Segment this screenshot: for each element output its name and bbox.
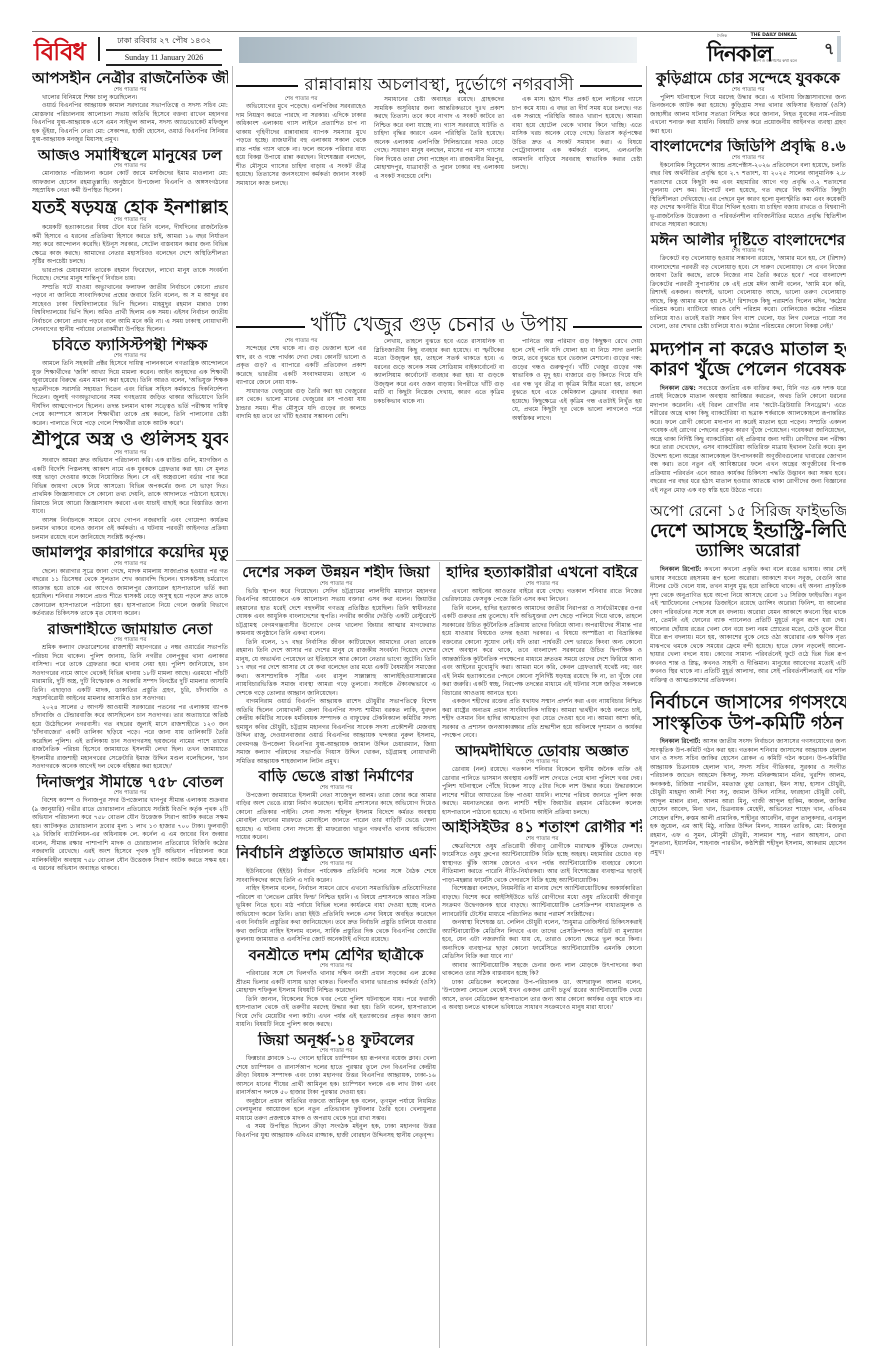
logo-slogan: দেশ ও জনগণের কথা বলে bbox=[755, 58, 797, 65]
article-headline: আদমদীঘিতে ডোবায় অজ্ঞাত bbox=[442, 743, 642, 760]
byline: দিনকাল ডেস্ক: bbox=[660, 385, 696, 392]
continued-label: শেষ পাতার পর bbox=[236, 96, 366, 103]
article-headline: আপসহীন নেত্রীর রাজনৈতিক জীবন bbox=[32, 70, 228, 87]
center-gur-article: শেষ পাতার পরসন্দেহের শেষ থাকে না। গুড় ভ… bbox=[236, 338, 642, 556]
news-article: চবিতে ফ্যাসিস্টপন্থী শিক্ষকশেষ পাতার পরআ… bbox=[32, 337, 228, 429]
article-column: পানিতে অল্প পরিমাণ গুড় কিছুক্ষণ রেখে দে… bbox=[512, 338, 642, 556]
article-paragraph: ডোবায় (নল) রয়েছে। গতকাল শনিবার বিকেলে … bbox=[442, 766, 642, 817]
masthead-divider bbox=[98, 37, 100, 61]
column-divider bbox=[439, 562, 440, 1348]
continued-label: শেষ পাতার পর bbox=[650, 87, 846, 94]
article-headline: দিনাজপুর সীমান্তে ৭৫৮ বোতল bbox=[32, 774, 228, 791]
article-paragraph: নাহিদ ইসলাম বলেন, নির্বাচন সামনে রেখে এখ… bbox=[236, 885, 436, 945]
news-article: বনশ্রীতে দশম শ্রেণির ছাত্রীকেশেষ পাতার প… bbox=[236, 947, 436, 1030]
news-article: জামালপুর কারাগারে কয়েদির মৃত্যুশেষ পাতা… bbox=[32, 544, 228, 619]
feature-headline-line2: কারণ খুঁজে পেলেন গবেষকরা bbox=[650, 360, 846, 381]
article-paragraph: তিনি বলেন, ১৭ বছর নির্বাসিত জীবন কাটিয়ে… bbox=[236, 639, 436, 699]
masthead-date: ঢাকা রবিবার ২৭ পৌষ ১৪৩২ Sunday 11 Januar… bbox=[106, 35, 222, 66]
news-article: নির্বাচনি প্রস্তুতিতে জামায়াত এনসিপিশেষ… bbox=[236, 845, 436, 945]
article-paragraph: তিনি জানান, বিকেলের দিকে খবর পেয়ে পুলিশ… bbox=[236, 996, 436, 1030]
feature-body: দিনকাল রিপোর্ট: আসন্ন জাতীয় সংসদ নির্বা… bbox=[650, 738, 846, 857]
continued-label: শেষ পাতার পর bbox=[32, 87, 228, 94]
article-paragraph: ছেলে। কারাগার সূত্রে জানা গেছে, মাদক মাম… bbox=[32, 568, 228, 619]
date-english: Sunday 11 January 2026 bbox=[106, 51, 222, 66]
feature-article: মদ্যপান না করেও মাতাল হওয়ারকারণ খুঁজে প… bbox=[650, 340, 846, 496]
news-article: বাড়ি ভেঙে রাস্তা নির্মাণেরশেষ পাতার পরউ… bbox=[236, 768, 436, 843]
article-headline: চবিতে ফ্যাসিস্টপন্থী শিক্ষক bbox=[32, 337, 228, 354]
page-masthead: বিবিধ ঢাকা রবিবার ২৭ পৌষ ১৪৩২ Sunday 11 … bbox=[32, 31, 840, 64]
article-paragraph: খালোর বিনিময়ে শিক্ষা চালু করেছিলেন। bbox=[32, 94, 228, 103]
masthead-gradient-bar bbox=[239, 37, 637, 63]
feature-article: অপো রেনো ১৫ সিরিজ ফাইভজিদেশে আসছে ইন্ডাস… bbox=[650, 503, 846, 685]
feature-body: দিনকাল রিপোর্ট: কখনো কখনো প্রকৃতি কথা বল… bbox=[650, 566, 846, 685]
news-article: হাদির হত্যাকারীরা এখনো বাইরেশেষ পাতার পর… bbox=[442, 564, 642, 741]
article-paragraph: লেখায়, তাহলে বুঝতে হবে এতে রাসায়নিক বা… bbox=[374, 338, 504, 406]
section-divider bbox=[236, 560, 642, 561]
article-headline: জিয়া অনূর্ধ্ব-১৪ ফুটবলের bbox=[236, 1032, 436, 1049]
newspaper-logo: দৈনিক THE DAILY DINKAL দিনকাল দেশ ও জনগণ… bbox=[707, 33, 817, 65]
feature-headline-line1: নির্বাচনে জাসাসের গণসংযোগ bbox=[650, 693, 846, 714]
article-column: লেখায়, তাহলে বুঝতে হবে এতে রাসায়নিক বা… bbox=[374, 338, 504, 556]
news-article: দেশের সকল উন্নয়ন শহীদ জিয়াশেষ পাতার পর… bbox=[236, 564, 436, 766]
article-paragraph: সন্দেহের শেষ থাকে না। গুড় ভেজাল হলে এর … bbox=[236, 345, 366, 388]
article-paragraph: বিশেষজ্ঞরা বলছেন, নিয়মনীতি না মানায় দে… bbox=[442, 885, 642, 919]
article-headline: দেশের সকল উন্নয়ন শহীদ জিয়া bbox=[236, 564, 436, 581]
news-article: রাজশাহীতে জামায়াত নেতাশেষ পাতার পরশ্রমি… bbox=[32, 621, 228, 772]
article-headline: কুড়িগ্রামে চোর সন্দেহে যুবককে bbox=[650, 70, 846, 87]
continued-label: শেষ পাতার পর bbox=[650, 155, 846, 162]
news-article: জিয়া অনূর্ধ্ব-১৪ ফুটবলেরশেষ পাতার পরফিক… bbox=[236, 1032, 436, 1141]
article-headline: আইসিইউর ৪১ শতাংশ রোগীর শরীরে bbox=[442, 819, 642, 836]
article-paragraph: ঢাকা মেডিকেল কলেজের উপ-পরিচালক ডা. আশরাফ… bbox=[442, 979, 642, 1013]
continued-label: শেষ পাতার পর bbox=[442, 581, 642, 588]
article-paragraph: একজন শহীদের রক্তের প্রতি যথাযথ সম্মান প্… bbox=[442, 698, 642, 741]
article-paragraph: কয়েকটি হত্যাকাণ্ডের বিষয় টেনে ধরে তিনি… bbox=[32, 224, 228, 267]
continued-label: শেষ পাতার পর bbox=[442, 759, 642, 766]
center-top-article: শেষ পাতার পরঅভিযোগের মুখে পড়েছে। এলপিজি… bbox=[236, 96, 642, 304]
continued-label: শেষ পাতার পর bbox=[236, 338, 366, 345]
article-column: সমাধানের চেষ্টা অব্যাহত রয়েছে। গ্রাহকদে… bbox=[374, 96, 504, 304]
article-paragraph: ক্রিকেটে বড় খেলোয়াড় হওয়ার সম্ভাবনা র… bbox=[650, 255, 846, 332]
article-paragraph: ২০২৪ সালের ৫ আগস্ট আওয়ামী সরকারের পতনের… bbox=[32, 704, 228, 772]
center-right-column: হাদির হত্যাকারীরা এখনো বাইরেশেষ পাতার পর… bbox=[442, 562, 642, 1348]
article-paragraph: এখনো আইনের আওতার বাইরে রয়ে গেছে। গতকাল … bbox=[442, 588, 642, 605]
news-article: আদমদীঘিতে ডোবায় অজ্ঞাতশেষ পাতার পরডোবায… bbox=[442, 743, 642, 818]
article-paragraph: এক মাস। হঠাৎ শীত প্রকট হলে লাইনের গ্যাসে… bbox=[512, 96, 642, 173]
continued-label: শেষ পাতার পর bbox=[236, 861, 436, 868]
article-paragraph: পুলিশ ঘটনাস্থলে গিয়ে মরদেহ উদ্ধার করে। … bbox=[650, 94, 846, 137]
headline-rule-left bbox=[236, 85, 298, 87]
article-paragraph: উপজেলা জামায়াতে ইসলামী নেতা সাজেদুল আলম… bbox=[236, 792, 436, 843]
news-article: আজও সমাধিস্থলে মানুষের ঢলশেষ পাতার পরমোন… bbox=[32, 147, 228, 196]
byline: দিনকাল রিপোর্ট: bbox=[660, 566, 701, 573]
news-article: দিনাজপুর সীমান্তে ৭৫৮ বোতলশেষ পাতার পরবি… bbox=[32, 774, 228, 874]
article-column: শেষ পাতার পরঅভিযোগের মুখে পড়েছে। এলপিজি… bbox=[236, 96, 366, 304]
article-paragraph: সম্প্রতি ঘটে যাওয়া অভ্যুত্থানের ফলাফল জ… bbox=[32, 284, 228, 335]
article-paragraph: আবার অ্যান্টিবায়োটিক সহজে চেনার জন্য লা… bbox=[442, 962, 642, 979]
article-paragraph: মোনাজাত পরিচালনা করেন কোর্ট জামে মসজিদের… bbox=[32, 170, 228, 196]
article-paragraph: সমাধানের চেষ্টা অব্যাহত রয়েছে। গ্রাহকদে… bbox=[374, 96, 504, 181]
article-paragraph: আসন্ন নির্বাচনকে সামনে রেখে গোপন নজরদারি… bbox=[32, 517, 228, 543]
article-paragraph: ওয়ার্ড বিএনপির আহ্বায়ক কামাল সরদারের স… bbox=[32, 102, 228, 145]
article-paragraph: অনুষ্ঠানে প্রধান অতিথির বক্তব্যে আমিনুল … bbox=[236, 1098, 436, 1124]
headline-rule-left bbox=[236, 326, 305, 328]
continued-label: শেষ পাতার পর bbox=[236, 963, 436, 970]
article-headline: বাংলাদেশের জিডিপি প্রবৃদ্ধি ৪.৬ bbox=[650, 138, 846, 155]
article-paragraph: জনস্বাস্থ্য বিশেষজ্ঞ ডা. লেলিন চৌধুরী বল… bbox=[442, 919, 642, 962]
feature-headline-line1: মদ্যপান না করেও মাতাল হওয়ার bbox=[650, 340, 846, 361]
article-headline: আজও সমাধিস্থলে মানুষের ঢল bbox=[32, 147, 228, 164]
article-paragraph: শ্রমিক কল্যাণ ফেডারেশনের রাজশাহী মহানগরে… bbox=[32, 644, 228, 704]
article-paragraph: এ সময় উপস্থিত ছিলেন ক্রীড়া সংগঠক মইনুল… bbox=[236, 1123, 436, 1140]
continued-label: শেষ পাতার পর bbox=[32, 561, 228, 568]
continued-label: শেষ পাতার পর bbox=[236, 785, 436, 792]
article-paragraph: ইউনিয়নের (ইইউ) নির্বাচন পর্যবেক্ষক প্রত… bbox=[236, 868, 436, 885]
article-paragraph: ভিত্তি স্থাপন করে গিয়েছেন। সেদিন চট্টগ্… bbox=[236, 588, 436, 639]
news-article: কুড়িগ্রামে চোর সন্দেহে যুবককেশেষ পাতার … bbox=[650, 70, 846, 136]
continued-label: শেষ পাতার পর bbox=[650, 248, 846, 255]
article-paragraph: বিশেষ ক্যাম্প ও দিনাজপুর সদর উপজেলার খান… bbox=[32, 797, 228, 874]
article-paragraph: সাধারণত খেজুরের গুড় তৈরি করা হয় খেজুরে… bbox=[236, 388, 366, 422]
news-article: আইসিইউর ৪১ শতাংশ রোগীর শরীরেশেষ পাতার পর… bbox=[442, 819, 642, 1013]
continued-label: শেষ পাতার পর bbox=[442, 836, 642, 843]
article-headline: যতই ষড়যন্ত্র হোক ইনশাল্লাহ দেশে bbox=[32, 198, 228, 218]
article-headline: হাদির হত্যাকারীরা এখনো বাইরে bbox=[442, 564, 642, 581]
article-headline: বাড়ি ভেঙে রাস্তা নির্মাণের bbox=[236, 768, 436, 785]
feature-article: নির্বাচনে জাসাসের গণসংযোগসাংস্কৃতিক উপ-ক… bbox=[650, 693, 846, 857]
article-paragraph: ইকনোমিক সিচুয়েশন অ্যান্ড প্রসপেক্টাস-২০… bbox=[650, 162, 846, 230]
article-paragraph: অভিযোগের মুখে পড়েছে। এলপিজির সরবরাহেও দ… bbox=[236, 103, 366, 188]
article-column: শেষ পাতার পরসন্দেহের শেষ থাকে না। গুড় ভ… bbox=[236, 338, 366, 556]
article-paragraph: আমলে তিনি সহকারী প্রক্টর হিসেবে দায়িত্ব… bbox=[32, 360, 228, 428]
masthead-end-bar bbox=[837, 36, 841, 62]
date-bangla: ঢাকা রবিবার ২৭ পৌষ ১৪৩২ bbox=[106, 35, 222, 51]
article-headline: নির্বাচনি প্রস্তুতিতে জামায়াত এনসিপি bbox=[236, 845, 436, 862]
article-column: এক মাস। হঠাৎ শীত প্রকট হলে লাইনের গ্যাসে… bbox=[512, 96, 642, 304]
feature-body: দিনকাল ডেস্ক: সবচেয়ে জনপ্রিয় এক ব্যক্ত… bbox=[650, 385, 846, 496]
article-headline: জামালপুর কারাগারে কয়েদির মৃত্যু bbox=[32, 544, 228, 561]
article-headline: বনশ্রীতে দশম শ্রেণির ছাত্রীকে bbox=[236, 947, 436, 964]
left-column: আপসহীন নেত্রীর রাজনৈতিক জীবনশেষ পাতার পর… bbox=[32, 68, 228, 1348]
byline: দিনকাল রিপোর্ট: bbox=[660, 738, 701, 745]
news-article: বাংলাদেশের জিডিপি প্রবৃদ্ধি ৪.৬শেষ পাতার… bbox=[650, 138, 846, 230]
headline-rule-right bbox=[580, 85, 642, 87]
article-paragraph: ক্ষেত্রবিশেষে ওষুধ প্রতিরোধী জীবাণু রোগী… bbox=[442, 843, 642, 886]
feature-kicker: অপো রেনো ১৫ সিরিজ ফাইভজি bbox=[650, 503, 846, 520]
article-paragraph: বাগমনিরাম ওয়ার্ড বিএনপি আহ্বায়ক রাশেদ … bbox=[236, 698, 436, 766]
article-headline: মঈন আলীর দৃষ্টিতে বাংলাদেশের bbox=[650, 232, 846, 249]
page-number: ৭ bbox=[824, 36, 834, 63]
article-paragraph: পানিতে অল্প পরিমাণ গুড় কিছুক্ষণ রেখে দে… bbox=[512, 338, 642, 423]
article-paragraph: ফিক্সচার ক্লাবকে ১-০ গোলে হারিয়ে চ্যাম্… bbox=[236, 1055, 436, 1098]
news-article: আপসহীন নেত্রীর রাজনৈতিক জীবনশেষ পাতার পর… bbox=[32, 70, 228, 145]
article-paragraph: পরিবারের সঙ্গে সে খিলগাঁও থানার দক্ষিণ ব… bbox=[236, 970, 436, 996]
article-paragraph: সংবাদে আমরা দ্রুত অভিযান পরিচালনা করি। এ… bbox=[32, 457, 228, 517]
feature-headline-line2: ড্যান্সিং অরোরা bbox=[650, 542, 846, 562]
right-column: কুড়িগ্রামে চোর সন্দেহে যুবককেশেষ পাতার … bbox=[650, 68, 846, 1348]
continued-label: শেষ পাতার পর bbox=[236, 581, 436, 588]
feature-headline-line1: দেশে আসছে ইন্ডাস্ট্রি-লিডিং bbox=[650, 521, 846, 543]
article-paragraph: ভারপ্রাপ্ত চেয়ারম্যান তারেক রহমান ফিরেছ… bbox=[32, 267, 228, 284]
feature-headline-line2: সাংস্কৃতিক উপ-কমিটি গঠন bbox=[650, 714, 846, 735]
column-divider bbox=[232, 66, 233, 1346]
article-headline: শ্রীপুরে অস্ত্র ও গুলিসহ যুবক গ্রেফতার bbox=[32, 430, 228, 450]
article-paragraph: তিনি বলেন, হাদির হত্যাকাণ্ড আমাদের জাতীয… bbox=[442, 605, 642, 699]
news-article: শ্রীপুরে অস্ত্র ও গুলিসহ যুবক গ্রেফতারশে… bbox=[32, 430, 228, 542]
headline-rule-right bbox=[573, 326, 642, 328]
article-headline: রাজশাহীতে জামায়াত নেতা bbox=[32, 621, 228, 638]
news-article: যতই ষড়যন্ত্র হোক ইনশাল্লাহ দেশেশেষ পাতা… bbox=[32, 198, 228, 335]
center-left-column: দেশের সকল উন্নয়ন শহীদ জিয়াশেষ পাতার পর… bbox=[236, 562, 436, 1348]
column-divider bbox=[646, 66, 647, 1346]
news-article: মঈন আলীর দৃষ্টিতে বাংলাদেশেরশেষ পাতার পর… bbox=[650, 232, 846, 332]
continued-label: শেষ পাতার পর bbox=[236, 1048, 436, 1055]
continued-label: শেষ পাতার পর bbox=[32, 163, 228, 170]
